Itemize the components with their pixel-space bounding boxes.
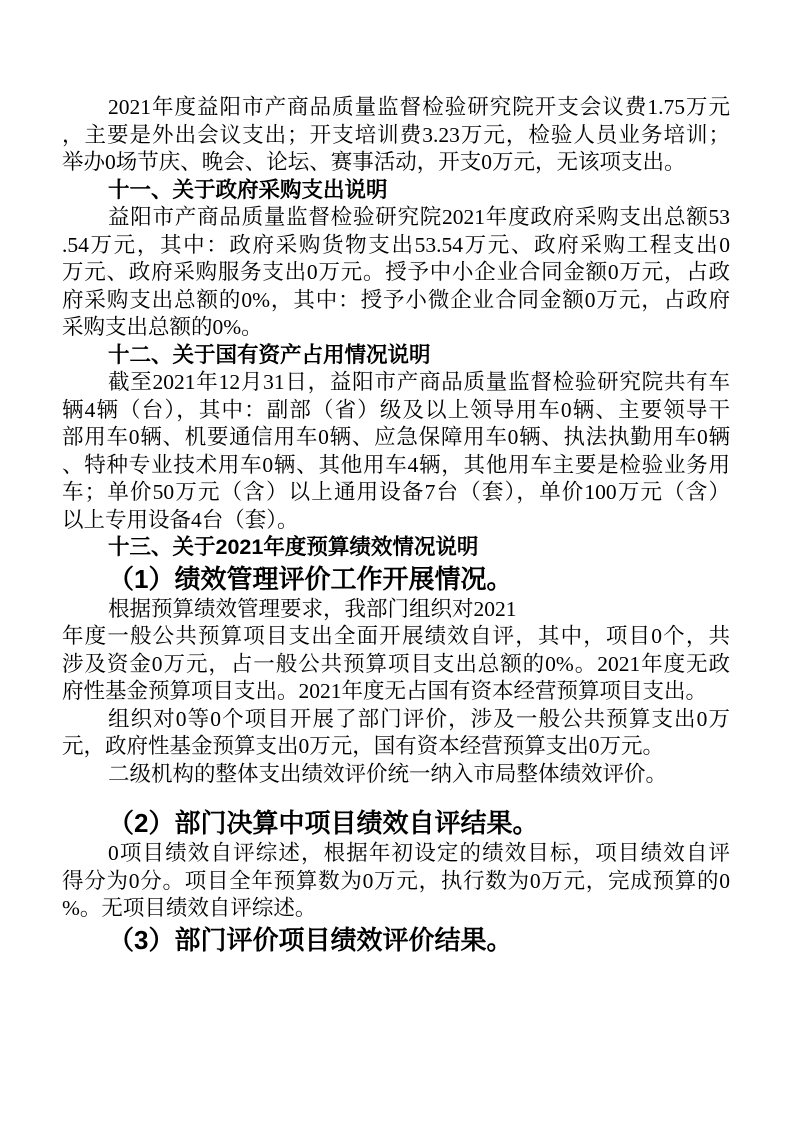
paragraph: 二级机构的整体支出绩效评价统一纳入市局整体绩效评价。 — [62, 761, 730, 789]
text-line: 府性基金预算项目支出。2021年度无占国有资本经营预算项目支出。 — [62, 678, 730, 706]
subsection-heading: （2）部门决算中项目绩效自评结果。 — [62, 806, 730, 840]
text-line: 根据预算绩效管理要求，我部门组织对2021 — [62, 596, 730, 624]
text-line: （2）部门决算中项目绩效自评结果。 — [62, 806, 730, 840]
document-page: 2021年度益阳市产商品质量监督检验研究院开支会议费1.75万元，主要是外出会议… — [0, 0, 793, 1122]
text-line: 元，政府性基金预算支出0万元，国有资本经营预算支出0万元。 — [62, 733, 730, 761]
text-line: 部用车0辆、机要通信用车0辆、应急保障用车0辆、执法执勤用车0辆 — [62, 424, 730, 452]
subsection-heading: （3）部门评价项目绩效评价结果。 — [62, 923, 730, 957]
text-line: 采购支出总额的0%。 — [62, 314, 730, 342]
section-heading: 十三、关于2021年度预算绩效情况说明 — [62, 534, 730, 562]
section-heading: 十一、关于政府采购支出说明 — [62, 177, 730, 205]
text-line: 组织对0等0个项目开展了部门评价，涉及一般公共预算支出0万 — [62, 706, 730, 734]
text-line: 、特种专业技术用车0辆、其他用车4辆，其他用车主要是检验业务用 — [62, 452, 730, 480]
text-line: 举办0场节庆、晚会、论坛、赛事活动，开支0万元，无该项支出。 — [62, 149, 730, 177]
text-line: 府采购支出总额的0%，其中：授予小微企业合同金额0万元，占政府 — [62, 287, 730, 315]
paragraph: 0项目绩效自评综述，根据年初设定的绩效目标，项目绩效自评得分为0分。项目全年预算… — [62, 840, 730, 923]
paragraph: 根据预算绩效管理要求，我部门组织对2021年度一般公共预算项目支出全面开展绩效自… — [62, 596, 730, 706]
text-line: 十二、关于国有资产占用情况说明 — [62, 342, 730, 370]
text-line: 车；单价50万元（含）以上通用设备7台（套），单价100万元（含） — [62, 479, 730, 507]
paragraph: 益阳市产商品质量监督检验研究院2021年度政府采购支出总额53.54万元，其中：… — [62, 204, 730, 342]
paragraph: 组织对0等0个项目开展了部门评价，涉及一般公共预算支出0万元，政府性基金预算支出… — [62, 706, 730, 761]
text-line: 十一、关于政府采购支出说明 — [62, 177, 730, 205]
text-line: .54万元，其中：政府采购货物支出53.54万元、政府采购工程支出0 — [62, 232, 730, 260]
text-line: ，主要是外出会议支出；开支培训费3.23万元，检验人员业务培训； — [62, 122, 730, 150]
paragraph: 2021年度益阳市产商品质量监督检验研究院开支会议费1.75万元，主要是外出会议… — [62, 94, 730, 177]
text-line: （1）绩效管理评价工作开展情况。 — [62, 562, 730, 596]
section-heading: 十二、关于国有资产占用情况说明 — [62, 342, 730, 370]
text-line: 截至2021年12月31日，益阳市产商品质量监督检验研究院共有车 — [62, 369, 730, 397]
paragraph: 截至2021年12月31日，益阳市产商品质量监督检验研究院共有车辆4辆（台），其… — [62, 369, 730, 534]
text-line: 年度一般公共预算项目支出全面开展绩效自评，其中，项目0个，共 — [62, 623, 730, 651]
text-line: 得分为0分。项目全年预算数为0万元，执行数为0万元，完成预算的0 — [62, 868, 730, 896]
text-line: %。无项目绩效自评综述。 — [62, 895, 730, 923]
text-line: 辆4辆（台），其中：副部（省）级及以上领导用车0辆、主要领导干 — [62, 397, 730, 425]
subsection-heading: （1）绩效管理评价工作开展情况。 — [62, 562, 730, 596]
text-line: 涉及资金0万元，占一般公共预算项目支出总额的0%。2021年度无政 — [62, 651, 730, 679]
text-line: 十三、关于2021年度预算绩效情况说明 — [62, 534, 730, 562]
text-line: 二级机构的整体支出绩效评价统一纳入市局整体绩效评价。 — [62, 761, 730, 789]
text-line: 益阳市产商品质量监督检验研究院2021年度政府采购支出总额53 — [62, 204, 730, 232]
text-line: 0项目绩效自评综述，根据年初设定的绩效目标，项目绩效自评 — [62, 840, 730, 868]
text-line: （3）部门评价项目绩效评价结果。 — [62, 923, 730, 957]
text-line: 万元、政府采购服务支出0万元。授予中小企业合同金额0万元，占政 — [62, 259, 730, 287]
text-line: 以上专用设备4台（套）。 — [62, 507, 730, 535]
document-content: 2021年度益阳市产商品质量监督检验研究院开支会议费1.75万元，主要是外出会议… — [62, 94, 730, 957]
text-line: 2021年度益阳市产商品质量监督检验研究院开支会议费1.75万元 — [62, 94, 730, 122]
